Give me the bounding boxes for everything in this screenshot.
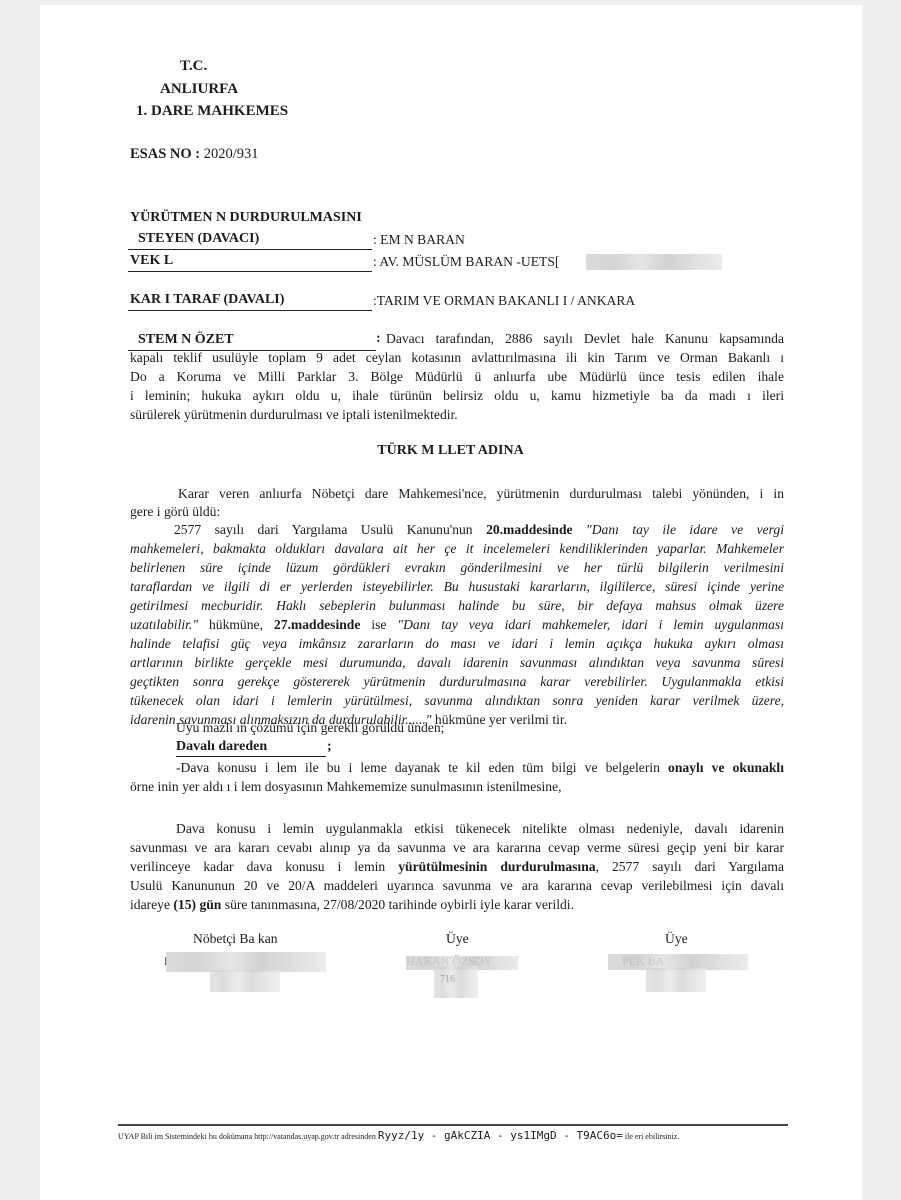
- redacted-signature-president: [166, 952, 326, 972]
- decision-line-3: verilinceye kadar dava konusu i lemin yü…: [130, 859, 784, 875]
- case-number: ESAS NO : 2020/931: [130, 146, 259, 163]
- request-bold: onaylı ve okunaklı: [668, 760, 784, 775]
- request-line-1: -Dava konusu i lem ile bu i leme dayanak…: [176, 760, 784, 776]
- summary-line-5: sürülerek yürütmenin durdurulması ve ipt…: [130, 407, 458, 423]
- decision-text: verilinceye kadar dava konusu i lemin: [130, 859, 398, 874]
- decision-line-1: Dava konusu i lemin uygulanmakla etkisi …: [176, 821, 784, 837]
- defendant-heading-sep: ;: [327, 739, 332, 755]
- request-line-2: örne inin yer aldı ı i lem dosyasının Ma…: [130, 779, 562, 795]
- summary-colon: :: [376, 331, 381, 347]
- decision-line-2: savunması ve ara kararı cevabı alınıp ya…: [130, 840, 784, 856]
- attorney-label: VEK L: [130, 253, 173, 269]
- summary-line-2: kapalı teklif usulüyle toplam 9 adet cey…: [130, 350, 784, 366]
- law-line-7: halinde telafisi güç veya imkânsız zarar…: [130, 636, 784, 652]
- decision-text: süre tanınmasına, 27/08/2020 tarihinde o…: [221, 897, 574, 912]
- decision-text: idareye: [130, 897, 173, 912]
- defendant-heading: Davalı dareden: [176, 739, 267, 755]
- request-title: YÜRÜTMEN N DURDURULMASINI: [130, 210, 362, 226]
- header-tc: T.C.: [180, 58, 207, 75]
- case-number-value: 2020/931: [204, 146, 259, 162]
- law-quote: "Danı tay veya idari mahkemeler, idari i…: [397, 617, 784, 632]
- attorney-underline: [128, 271, 372, 272]
- redacted-uets: [586, 254, 722, 270]
- header-court: 1. DARE MAHKEMES: [136, 103, 288, 120]
- signature-role-member-1: Üye: [446, 929, 469, 948]
- law-line-2: mahkemeleri, bakmakta oldukları davalara…: [130, 541, 784, 557]
- decision-text: , 2577 sayılı dari Yargılama: [596, 859, 784, 874]
- plaintiff-value: : EM N BARAN: [373, 230, 465, 249]
- intro-line-1: Karar veren anlıurfa Nöbetçi dare Mahkem…: [178, 486, 784, 502]
- summary-label: STEM N ÖZET: [138, 332, 234, 348]
- law-line-5: getirilmesi mecburidir. Haklı sebeplerin…: [130, 598, 784, 614]
- redacted-signature-member-2-2: [646, 968, 706, 992]
- footer-divider: [118, 1124, 788, 1126]
- footer-verification-code: Ryyz/1y - gAkCZIA - ys1IMgD - T9AC6o=: [378, 1129, 623, 1142]
- summary-line-1: Davacı tarafından, 2886 sayılı Devlet ha…: [386, 331, 784, 347]
- law-text: hükmüne,: [198, 617, 274, 632]
- intro-line-2: gere i görü üldü:: [130, 504, 220, 520]
- summary-line-3: Do a Koruma ve Milli Parklar 3. Bölge Mü…: [130, 369, 784, 385]
- footer-suffix: ile eri ebilirsiniz.: [625, 1132, 679, 1141]
- defendant-underline: [128, 310, 372, 311]
- law-line-9: geçtikten sonra gerekçe göstererek yürüt…: [130, 674, 784, 690]
- law-quote-end: uzatılabilir.": [130, 617, 198, 632]
- decision-title: TÜRK M LLET ADINA: [0, 443, 901, 459]
- plaintiff-underline: [128, 249, 372, 250]
- law-text: 2577 sayılı dari Yargılama Usulü Kanunu'…: [174, 522, 486, 537]
- law-line-3: belirlenen süre içinde lüzum gördükleri …: [130, 560, 784, 576]
- article-27: 27.maddesinde: [274, 617, 361, 632]
- law-text: ise: [360, 617, 397, 632]
- request-text: -Dava konusu i lem ile bu i leme dayanak…: [176, 760, 668, 775]
- footer-verification: UYAP Bili im Sistemindeki bu dokümana ht…: [118, 1129, 679, 1142]
- decision-line-4: Usulü Kanununun 20 ve 20/A maddeleri uya…: [130, 878, 784, 894]
- summary-line-4: i leminin; hukuka aykırı oldu u, ihale t…: [130, 388, 784, 404]
- necessity-line: Uyu mazlı ın çözümü için gerekli görüldü…: [176, 720, 444, 736]
- decision-line-5: idareye (15) gün süre tanınmasına, 27/08…: [130, 897, 574, 913]
- redacted-signature-member-1-id: [434, 966, 478, 998]
- signature-role-member-2: Üye: [665, 929, 688, 948]
- law-line-4: taraflardan ve ilgili di er yerlerden is…: [130, 579, 784, 595]
- header-city: ANLIURFA: [160, 81, 238, 98]
- signature-role-president: Nöbetçi Ba kan: [193, 929, 278, 948]
- law-line-10: tükenecek olan idari i lemlerin yürütülm…: [130, 693, 784, 709]
- decision-bold: yürütülmesinin durdurulmasına: [398, 859, 595, 874]
- footer-prefix: UYAP Bili im Sistemindeki bu dokümana ht…: [118, 1132, 376, 1141]
- case-number-label: ESAS NO :: [130, 146, 200, 162]
- law-line-8: artlarının birlikte gerçekle mesi durumu…: [130, 655, 784, 671]
- law-line-6: uzatılabilir." hükmüne, 27.maddesinde is…: [130, 617, 784, 633]
- law-quote: "Danı tay ile idare ve vergi: [573, 522, 784, 537]
- defendant-label: KAR I TARAF (DAVALI): [130, 292, 284, 308]
- law-line-1: 2577 sayılı dari Yargılama Usulü Kanunu'…: [174, 522, 784, 538]
- attorney-value: : AV. MÜSLÜM BARAN -UETS[: [373, 252, 559, 271]
- law-text: hükmüne yer verilmi tir.: [432, 712, 568, 727]
- decision-bold: (15) gün: [173, 897, 221, 912]
- article-20: 20.maddesinde: [486, 522, 573, 537]
- defendant-heading-underline: [176, 756, 326, 757]
- plaintiff-label: STEYEN (DAVACI): [138, 231, 259, 247]
- redacted-signature-president-2: [210, 970, 280, 992]
- defendant-value: :TARIM VE ORMAN BAKANLI I / ANKARA: [373, 291, 635, 310]
